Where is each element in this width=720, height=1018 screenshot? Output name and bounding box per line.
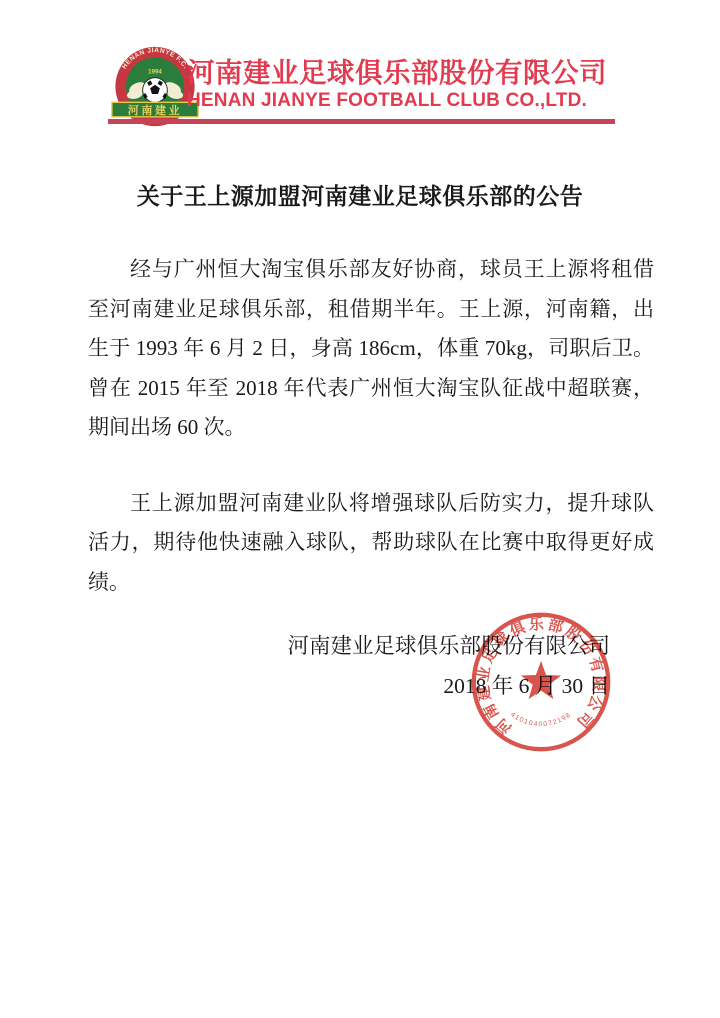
crest-banner: 河南建业 — [112, 102, 198, 117]
company-name-cn: 河南建业足球俱乐部股份有限公司 — [187, 56, 607, 90]
seal-serial-number: 4101040072198 — [509, 711, 573, 728]
letterhead-titles: 河南建业足球俱乐部股份有限公司 HENAN JIANYE FOOTBALL CL… — [187, 56, 607, 112]
crest-banner-text: 河南建业 — [128, 103, 183, 117]
football-icon — [143, 78, 168, 103]
announcement-title: 关于王上源加盟河南建业足球俱乐部的公告 — [0, 178, 720, 211]
paragraph-2: 王上源加盟河南建业队将增强球队后防实力，提升球队活力，期待他快速融入球队，帮助球… — [88, 484, 654, 603]
letterhead-divider — [108, 119, 615, 124]
seal-star-icon — [521, 661, 561, 699]
announcement-page: HENAN JIANYE F.C. 1994 — [0, 0, 720, 1018]
official-red-seal: 河南建业足球俱乐部股份有限公司 4101040072198 — [469, 610, 613, 754]
paragraph-1: 经与广州恒大淘宝俱乐部友好协商，球员王上源将租借至河南建业足球俱乐部，租借期半年… — [88, 250, 654, 448]
announcement-body: 经与广州恒大淘宝俱乐部友好协商，球员王上源将租借至河南建业足球俱乐部，租借期半年… — [88, 250, 654, 602]
crest-year: 1994 — [148, 68, 162, 75]
company-name-en: HENAN JIANYE FOOTBALL CLUB CO.,LTD. — [187, 90, 607, 112]
